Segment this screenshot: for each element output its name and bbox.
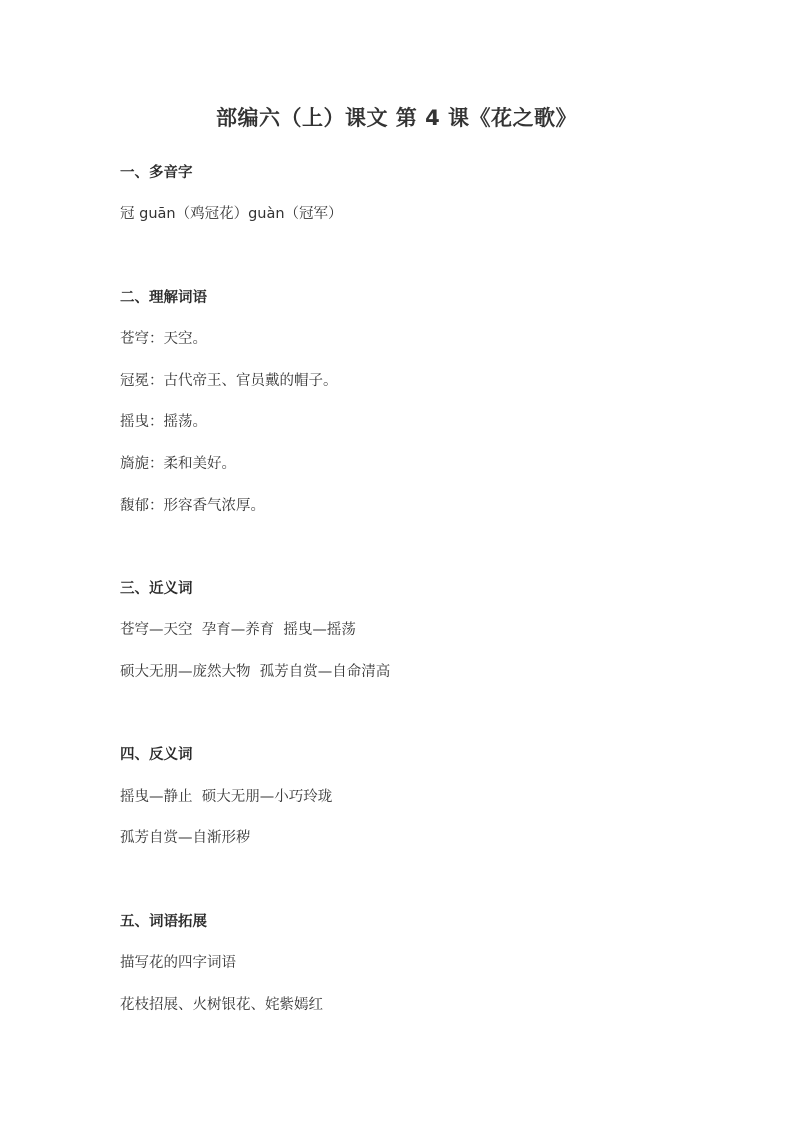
antonyms-line: 孤芳自赏—自渐形秽 (120, 828, 251, 848)
word-expansion-line: 描写花的四字词语 (120, 953, 236, 973)
page-title: 部编六（上）课文 第 4 课《花之歌》 (0, 102, 793, 132)
word-expansion-line: 花枝招展、火树银花、姹紫嫣红 (120, 995, 323, 1015)
synonyms-line: 苍穹—天空 孕育—养育 摇曳—摇荡 (120, 620, 356, 640)
section-heading-antonyms: 四、反义词 (120, 745, 193, 765)
section-heading-synonyms: 三、近义词 (120, 579, 193, 599)
section-heading-polyphonic: 一、多音字 (120, 163, 193, 183)
section-heading-word-expansion: 五、词语拓展 (120, 912, 207, 932)
section-heading-vocabulary: 二、理解词语 (120, 288, 207, 308)
vocabulary-line: 馥郁：形容香气浓厚。 (120, 496, 265, 516)
polyphonic-line: 冠 guān（鸡冠花）guàn（冠军） (120, 204, 343, 224)
vocabulary-line: 苍穹：天空。 (120, 329, 207, 349)
antonyms-line: 摇曳—静止 硕大无朋—小巧玲珑 (120, 787, 332, 807)
vocabulary-line: 摇曳：摇荡。 (120, 412, 207, 432)
vocabulary-line: 冠冕：古代帝王、官员戴的帽子。 (120, 371, 338, 391)
vocabulary-line: 旖旎：柔和美好。 (120, 454, 236, 474)
synonyms-line: 硕大无朋—庞然大物 孤芳自赏—自命清高 (120, 662, 390, 682)
